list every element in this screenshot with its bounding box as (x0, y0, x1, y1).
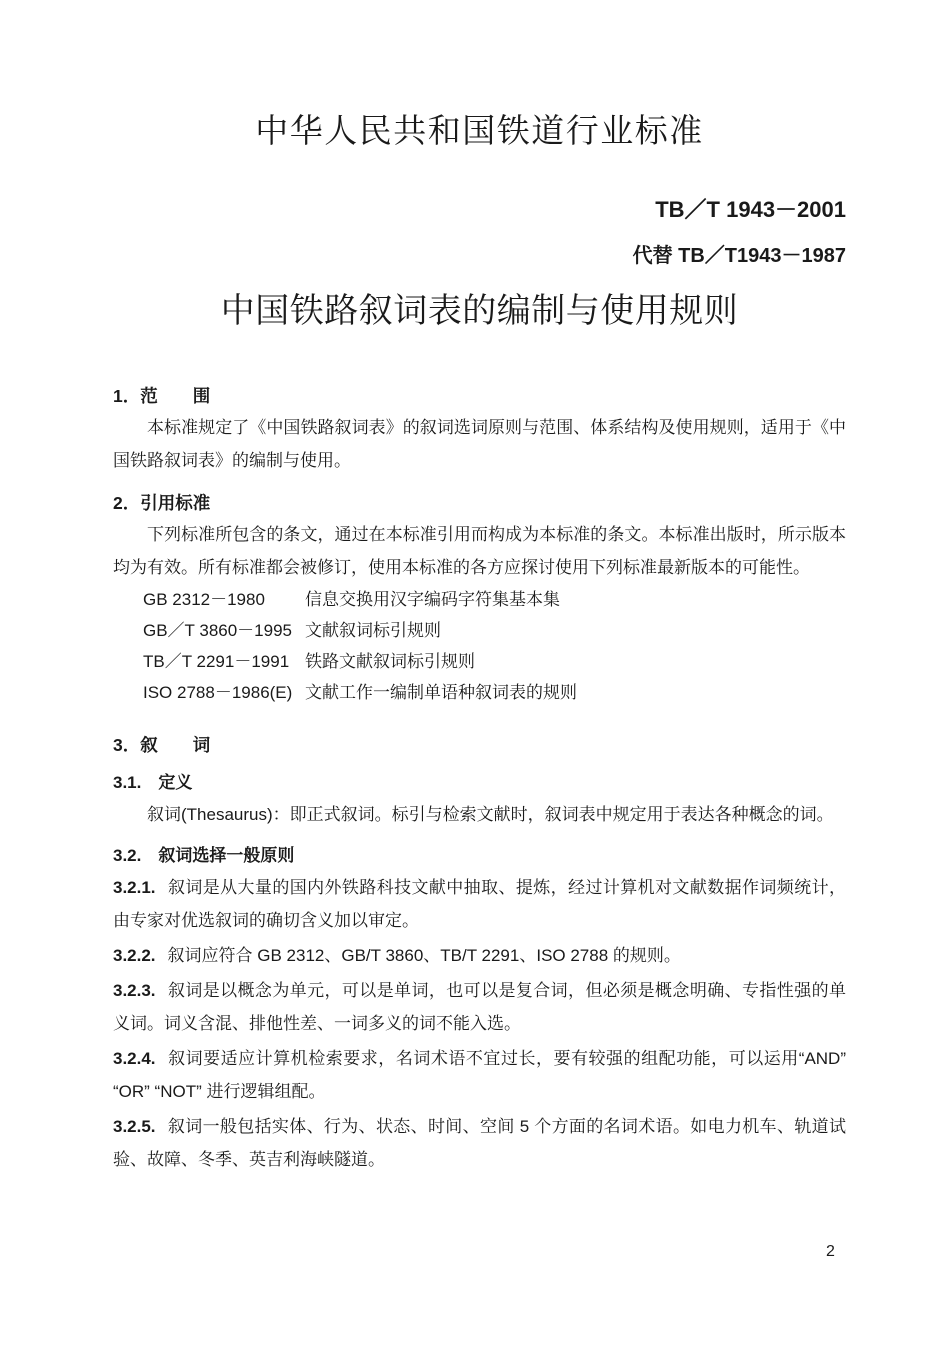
clause-3-2-1: 3.2.1.叙词是从大量的国内外铁路科技文献中抽取、提炼，经过计算机对文献数据作… (113, 871, 846, 937)
reference-item: TB／T 2291－1991铁路文献叙词标引规则 (113, 646, 846, 677)
clause-number: 3.2.3. (113, 981, 156, 1000)
reference-code: GB 2312－1980 (143, 584, 305, 615)
replaces-note: 代替 TB／T1943－1987 (113, 244, 846, 269)
document-page: 中华人民共和国铁道行业标准 TB／T 1943－2001 代替 TB／T1943… (0, 0, 950, 1345)
clause-text: 叙词一般包括实体、行为、状态、时间、空间 5 个方面的名词术语。如电力机车、轨道… (113, 1117, 846, 1169)
clause-number: 3.2.5. (113, 1117, 156, 1136)
reference-code: GB／T 3860－1995 (143, 615, 305, 646)
reference-item: GB 2312－1980信息交换用汉字编码字符集基本集 (113, 584, 846, 615)
reference-code: TB／T 2291－1991 (143, 646, 305, 677)
clause-3-2-3: 3.2.3.叙词是以概念为单元，可以是单词，也可以是复合词，但必须是概念明确、专… (113, 974, 846, 1040)
section-3-2-heading: 3.2. 叙词选择一般原则 (113, 843, 846, 869)
standard-code: TB／T 1943－2001 (113, 196, 846, 223)
reference-title: 信息交换用汉字编码字符集基本集 (305, 584, 560, 615)
clause-number: 3.2.2. (113, 946, 156, 965)
document-content: 中华人民共和国铁道行业标准 TB／T 1943－2001 代替 TB／T1943… (113, 0, 846, 1176)
standard-title: 中华人民共和国铁道行业标准 (113, 112, 846, 152)
clause-text: 叙词应符合 GB 2312、GB/T 3860、TB/T 2291、ISO 27… (168, 946, 681, 965)
section-2-paragraph: 下列标准所包含的条文，通过在本标准引用而构成为本标准的条文。本标准出版时，所示版… (113, 518, 846, 584)
reference-title: 文献叙词标引规则 (305, 615, 441, 646)
reference-item: GB／T 3860－1995文献叙词标引规则 (113, 615, 846, 646)
section-3-heading: 3．叙 词 (113, 732, 846, 758)
reference-item: ISO 2788－1986(E)文献工作一编制单语种叙词表的规则 (113, 677, 846, 708)
clause-3-2-2: 3.2.2.叙词应符合 GB 2312、GB/T 3860、TB/T 2291、… (113, 939, 846, 972)
section-1-heading: 1．范 围 (113, 383, 846, 409)
section-3-1-paragraph: 叙词(Thesaurus)：即正式叙词。标引与检索文献时，叙词表中规定用于表达各… (113, 798, 846, 831)
reference-list: GB 2312－1980信息交换用汉字编码字符集基本集 GB／T 3860－19… (113, 584, 846, 708)
document-title: 中国铁路叙词表的编制与使用规则 (113, 291, 846, 333)
reference-title: 文献工作一编制单语种叙词表的规则 (305, 677, 577, 708)
clause-text: 叙词是从大量的国内外铁路科技文献中抽取、提炼，经过计算机对文献数据作词频统计，由… (113, 878, 846, 930)
section-1-paragraph: 本标准规定了《中国铁路叙词表》的叙词选词原则与范围、体系结构及使用规则，适用于《… (113, 411, 846, 477)
section-3-1-heading: 3.1. 定义 (113, 770, 846, 796)
reference-title: 铁路文献叙词标引规则 (305, 646, 475, 677)
clause-3-2-4: 3.2.4.叙词要适应计算机检索要求，名词术语不宜过长，要有较强的组配功能，可以… (113, 1042, 846, 1108)
clause-text: 叙词要适应计算机检索要求，名词术语不宜过长，要有较强的组配功能，可以运用“AND… (113, 1049, 846, 1101)
page-number: 2 (826, 1242, 835, 1262)
clause-number: 3.2.4. (113, 1049, 156, 1068)
reference-code: ISO 2788－1986(E) (143, 677, 305, 708)
clause-number: 3.2.1. (113, 878, 156, 897)
clause-3-2-5: 3.2.5.叙词一般包括实体、行为、状态、时间、空间 5 个方面的名词术语。如电… (113, 1110, 846, 1176)
section-2-heading: 2．引用标准 (113, 490, 846, 516)
clause-text: 叙词是以概念为单元，可以是单词，也可以是复合词，但必须是概念明确、专指性强的单义… (113, 981, 846, 1033)
